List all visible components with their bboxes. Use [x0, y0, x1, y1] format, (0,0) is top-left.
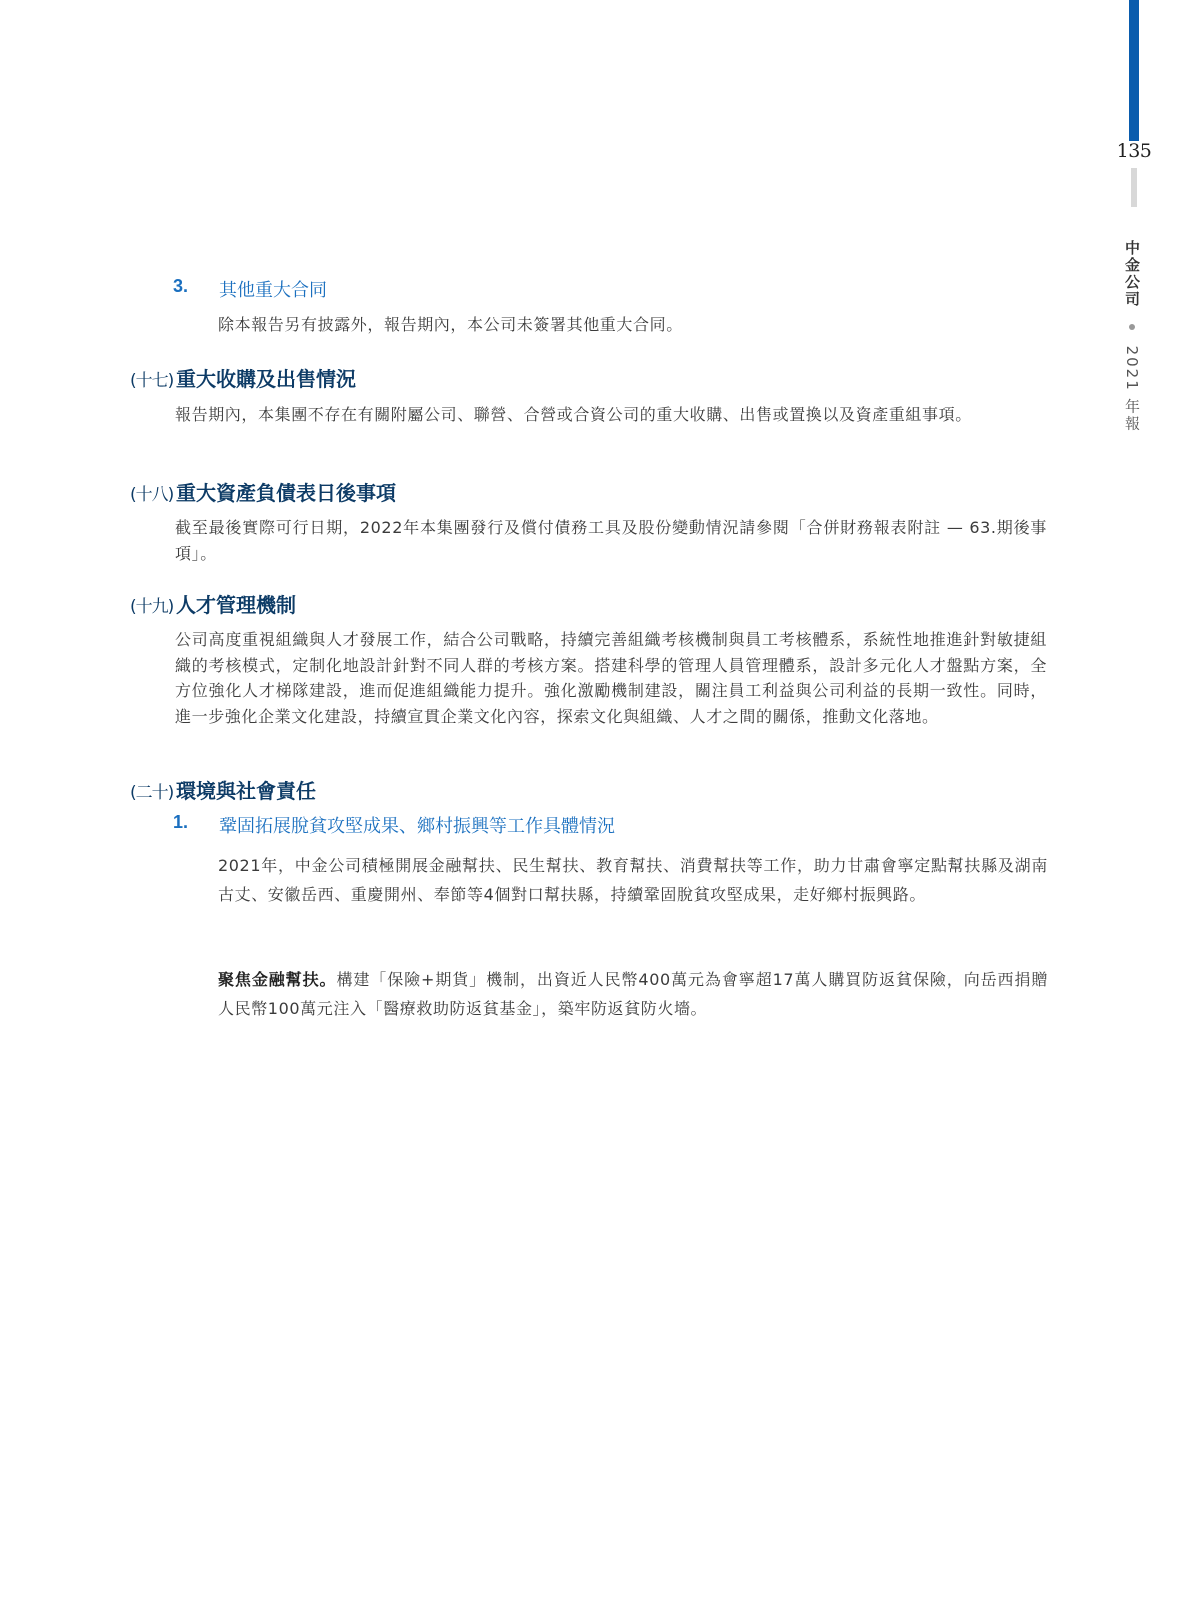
paragraph-rural-revitalization: 2021年，中金公司積極開展金融幫扶、民生幫扶、教育幫扶、消費幫扶等工作，助力甘…: [218, 852, 1048, 909]
section-heading-18: (十八)重大資產負債表日後事項: [130, 477, 396, 506]
page-number: 135: [1112, 140, 1156, 162]
section-title: 重大收購及出售情況: [176, 367, 356, 391]
bullet-dot-icon: [1129, 324, 1135, 330]
report-year: 2021 年報: [1123, 346, 1141, 433]
focus-label: 聚焦金融幫扶。: [218, 970, 336, 989]
section-heading-20: (二十)環境與社會責任: [130, 775, 316, 804]
section-heading-17: (十七)重大收購及出售情況: [130, 363, 356, 392]
focus-body: 構建「保險+期貨」機制，出資近人民幣400萬元為會寧超17萬人購買防返貧保險，向…: [218, 970, 1048, 1018]
section-number: (十七): [130, 366, 176, 391]
section-heading-19: (十九)人才管理機制: [130, 589, 296, 618]
subsection-number: 3.: [173, 276, 188, 297]
section-title: 人才管理機制: [176, 593, 296, 617]
paragraph-subsequent-events: 截至最後實際可行日期，2022年本集團發行及償付債務工具及股份變動情況請參閱「合…: [175, 515, 1047, 566]
paragraph-financial-support: 聚焦金融幫扶。構建「保險+期貨」機制，出資近人民幣400萬元為會寧超17萬人購買…: [218, 966, 1048, 1023]
section-title: 重大資產負債表日後事項: [176, 481, 396, 505]
paragraph-other-contracts: 除本報告另有披露外，報告期內，本公司未簽署其他重大合同。: [218, 312, 1048, 338]
paragraph-talent-management: 公司高度重視組織與人才發展工作，結合公司戰略，持續完善組織考核機制與員工考核體系…: [175, 627, 1047, 729]
running-header: 中金公司 2021 年報: [1122, 240, 1143, 433]
section-title: 環境與社會責任: [176, 779, 316, 803]
paragraph-acquisitions: 報告期內，本集團不存在有關附屬公司、聯營、合營或合資公司的重大收購、出售或置換以…: [175, 402, 1047, 428]
subsection-title: 其他重大合同: [219, 276, 327, 302]
company-name: 中金公司: [1123, 240, 1141, 308]
subsection-number: 1.: [173, 812, 188, 833]
divider-bar: [1131, 168, 1137, 207]
accent-bar: [1129, 0, 1139, 141]
section-number: (二十): [130, 778, 176, 803]
section-number: (十八): [130, 480, 176, 505]
subsection-title: 鞏固拓展脫貧攻堅成果、鄉村振興等工作具體情況: [219, 812, 615, 838]
section-number: (十九): [130, 592, 176, 617]
